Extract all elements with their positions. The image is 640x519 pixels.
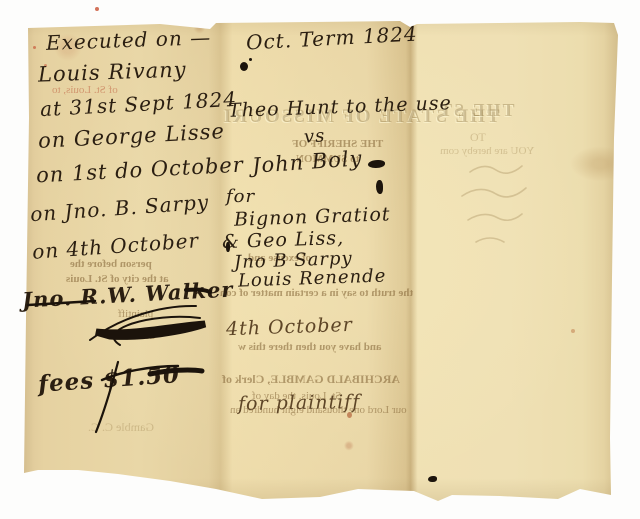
attorney-line: for plaintiff xyxy=(238,391,361,415)
ink-blot xyxy=(249,58,252,61)
ink-blot xyxy=(428,476,437,482)
for-label: for xyxy=(226,186,255,207)
ink-blot xyxy=(240,62,248,71)
date-line: 4th October xyxy=(226,314,353,340)
ink-blot xyxy=(226,242,230,252)
versus-label: vs xyxy=(303,125,326,147)
scanned-document-page: of St. Louis, to person before the at th… xyxy=(0,0,640,519)
ink-blot xyxy=(376,180,383,194)
